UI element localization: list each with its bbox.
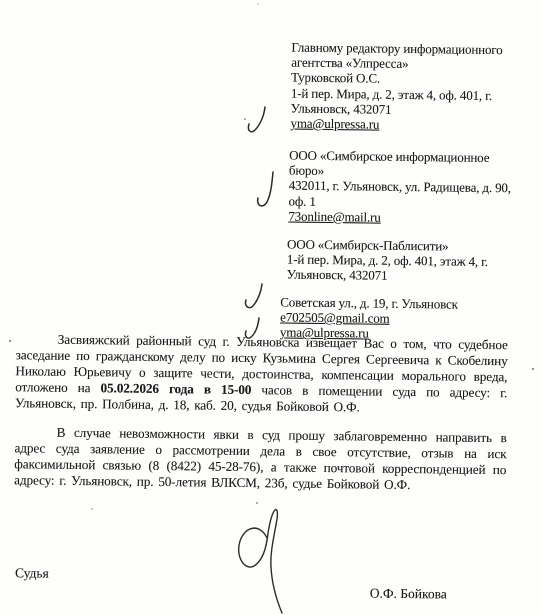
email-text: 73online@mail.ru <box>288 208 528 226</box>
judge-role-label: Судья <box>15 565 49 581</box>
scanned-document-page: Главному редактору информационного агент… <box>0 0 541 615</box>
recipient-block-ulpressa: Главному редактору информационного агент… <box>290 40 531 134</box>
recipient-block-simbirskoe-buro: ООО «Симбирское информационное бюро» 432… <box>288 148 529 227</box>
judge-name: О.Ф. Бойкова <box>370 586 447 603</box>
hearing-date-time: 05.02.2026 года в 15-00 <box>100 380 251 397</box>
email-text: yma@ulpressa.ru <box>290 116 530 134</box>
address-line: Ульяновск, 432071 <box>287 267 527 285</box>
address-line: ООО «Симбирское информационное <box>289 148 529 166</box>
absence-instructions-paragraph: В случае невозможности явки в суд прошу … <box>14 424 507 494</box>
address-line: 432011, г. Ульяновск, ул. Радищева, д. 9… <box>289 178 529 196</box>
notice-paragraph: Засвияжский районный суд г. Ульяновска и… <box>15 331 508 417</box>
document-content: Главному редактору информационного агент… <box>0 0 541 615</box>
recipient-block-simbirsk-publicity: ООО «Симбирск-Паблисити» 1-й пер. Мира, … <box>287 237 528 286</box>
